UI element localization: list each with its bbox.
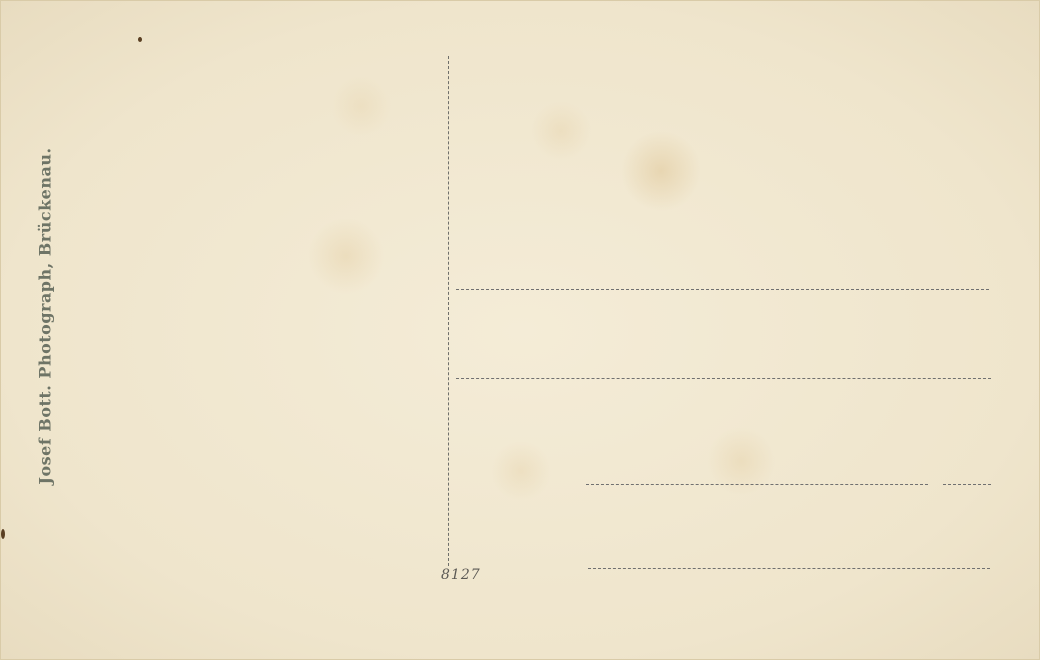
address-line-2 [456, 378, 991, 379]
address-line-3-short [943, 484, 991, 485]
address-line-4 [588, 568, 990, 569]
postcard-back: Josef Bott. Photograph, Brückenau. 8127 [0, 0, 1040, 660]
address-line-3 [586, 484, 928, 485]
publisher-imprint: Josef Bott. Photograph, Brückenau. [36, 147, 55, 484]
serial-number: 8127 [441, 567, 481, 583]
edge-mark [1, 529, 5, 539]
divider-line [448, 56, 449, 566]
address-line-1 [456, 289, 989, 290]
ink-spot [138, 37, 142, 42]
